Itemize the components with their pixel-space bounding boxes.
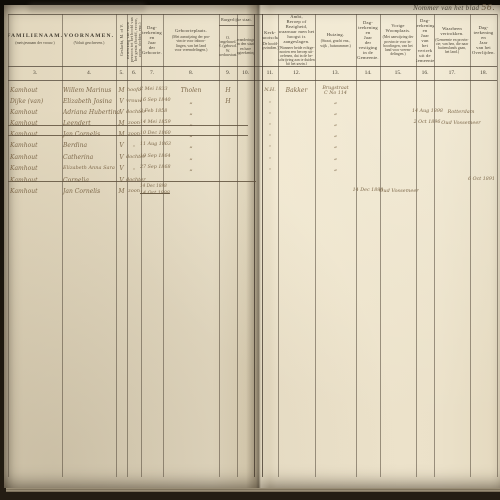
header-subtitle: (Met aanwijzing der provincie voor in- b… <box>383 35 414 56</box>
col-num: 7. <box>141 68 163 80</box>
header-geboortedatum: Dag- teekening en Jaar der Geboorte. <box>141 15 163 65</box>
header-title: Dag- teekening en Jaar der vestiging in … <box>357 20 379 60</box>
cell-kerkgenootschap: „ <box>261 131 279 137</box>
header-title: Vorige Woonplaats. <box>386 23 411 33</box>
header-geslacht: Geslacht, M. of V. <box>116 15 127 65</box>
cell-kerkgenootschap: „ <box>261 154 279 160</box>
header-title: Kerk- genootschap. <box>262 30 278 40</box>
cell-kerkgenootschap: „ <box>261 98 279 104</box>
header-waarheen: Waarheen vertrokken. (Gemeente en provin… <box>434 15 470 65</box>
cell-voornamen: Catherina <box>63 154 117 161</box>
cell-geboorteplaats: „ <box>163 154 219 161</box>
cell-kerkgenootschap: „ <box>261 120 279 126</box>
col-num: 5. <box>116 68 127 80</box>
header-subtitle: (meisjesnaam der vrouw.) <box>15 41 54 45</box>
header-voornamen: VOORNAMEN. (Voluit geschreven.) <box>62 15 116 65</box>
cell-burgerlijke-staat: H <box>219 87 237 94</box>
header-title: Dag- teekening en Jaar van het Overlijde… <box>472 25 495 55</box>
column-divider <box>163 14 164 477</box>
column-divider <box>141 14 142 477</box>
cell-waarheen: Rotterdam <box>438 109 484 115</box>
paper-smudge <box>28 3 146 12</box>
register-row: Kamhout Catherina V dochter 10 Sep 1864 … <box>0 153 500 164</box>
table-right-rule <box>497 14 498 477</box>
col-num: 12. <box>278 68 315 80</box>
header-huizing: Huizing. (Straat, gracht enz., wijk , hu… <box>315 15 356 65</box>
column-divider <box>62 14 63 477</box>
numbers-bottom-rule <box>8 80 497 81</box>
cell-voornamen: Elizabeth Josina <box>63 98 117 105</box>
header-title: VOORNAMEN. <box>64 34 114 39</box>
cell-familienaam: Kamhout <box>10 154 62 161</box>
header-betrekking: Betrekking van elken persoon tot het hoo… <box>127 15 141 65</box>
cell-burgerlijke-staat: H <box>219 98 237 105</box>
header-title: Burgerlijke staat. <box>221 17 252 22</box>
col-num: 13. <box>315 68 356 80</box>
cell-geboortedatum: 27 Sep 1868 <box>140 165 164 170</box>
col-num: 9. <box>219 68 237 80</box>
cell-huizing: Brugstraat C No 114 <box>315 87 356 97</box>
cell-kerkgenootschap: „ <box>261 109 279 115</box>
cell-geboorteplaats: „ <box>163 120 219 127</box>
col-num: 15. <box>380 68 416 80</box>
cell-voornamen: Jan Cornelis <box>63 188 117 195</box>
cell-huizing: „ <box>315 142 356 149</box>
header-title: Geboorteplaats. <box>175 28 207 33</box>
cell-voornamen: Cornelia <box>63 177 117 184</box>
column-divider <box>380 14 381 477</box>
col-num: 10. <box>237 68 254 80</box>
cell-waarheen: Oud Vossemeer <box>438 120 484 126</box>
cell-huizing: „ <box>315 109 356 116</box>
register-row: Kamhout Jan Cornelis M zoon 14 Dec 1898 … <box>0 187 500 200</box>
column-divider <box>434 14 435 477</box>
right-page-edge <box>262 14 263 477</box>
cell-overlijden: 6 Oct 1891 <box>466 177 497 182</box>
col-num: 14. <box>356 68 380 80</box>
header-subtitle: Veranderingen in den staat en hare dagte… <box>237 38 254 55</box>
register-row: Kamhout Berdina V „ 11 Aug 1863 „ „ „ <box>0 141 500 152</box>
column-divider <box>237 14 238 477</box>
header-title: FAMILIENAAM. <box>8 34 62 39</box>
cell-voornamen: Jan Cornelis <box>63 131 117 138</box>
register-row: Kamhout Elizabeth Anna Sara V „ 27 Sep 1… <box>0 164 500 175</box>
cell-geboortedatum: 2 Mei 1833 <box>140 87 164 92</box>
header-subtitle: (Gemeente en provin- cie; van hen, die n… <box>435 38 468 55</box>
cell-vorige-woonplaats: Oud Vossemeer <box>378 188 420 194</box>
header-kerkgenootschap: Kerk- genootschap. (De hoofd- gezindten.… <box>262 15 278 65</box>
cell-kerkgenootschap: N.H. <box>261 87 279 93</box>
cell-familienaam: Dijke (van) <box>10 98 62 105</box>
column-divider <box>278 14 279 477</box>
header-title: Dag- teekening en Jaar der Geboorte. <box>142 25 162 55</box>
cell-geboorteplaats: „ <box>163 142 219 149</box>
header-beroep: Ambt, Beroep of Bezigheid, waarnaar men … <box>278 15 315 65</box>
header-bottom-rule <box>8 66 497 67</box>
sheet-number: 56. <box>481 3 495 12</box>
cell-familienaam: Kamhout <box>10 165 62 172</box>
cell-huizing: „ <box>315 120 356 127</box>
cell-voornamen: Willem Marinus <box>63 87 117 94</box>
cell-familienaam: Kamhout <box>10 142 62 149</box>
cell-geboortedatum: 16 Sep 1840 <box>140 98 164 103</box>
register-row: Dijke (van) Elizabeth Josina V vrouw 16 … <box>0 97 500 108</box>
cell-voornamen: Adriana Hubertina <box>63 109 117 116</box>
cell-huizing: „ <box>315 98 356 105</box>
cell-geboorteplaats: „ <box>163 98 219 105</box>
cell-huizing: „ <box>315 154 356 161</box>
header-overlijden: Dag- teekening en Jaar van het Overlijde… <box>470 15 497 65</box>
header-burgstaat-opties: O. (ongehuwd.) H. (gehuwd.) W. (weduwsta… <box>219 26 237 65</box>
cell-geboortedatum: 11 Aug 1863 <box>140 142 164 147</box>
header-subtitle: (Voluit geschreven.) <box>74 41 105 45</box>
header-subtitle: (Met aanwijzing der pro- vincie voor inb… <box>172 35 210 52</box>
register-row: Kamhout Adriana Hubertina V dochter 2 Fe… <box>0 108 500 119</box>
cell-geboortedatum-doorgehaald: 14 Oct 1898 <box>140 191 164 196</box>
cell-huizing: „ <box>315 131 356 138</box>
cell-geboorteplaats: „ <box>163 165 219 172</box>
left-page-edge <box>254 14 255 477</box>
cell-familienaam: Kamhout <box>10 120 62 127</box>
register-page-photo: Nommer van het blad 56. FAMILIENAAM. (me… <box>0 0 500 500</box>
strike-line <box>8 181 256 182</box>
col-num: 4. <box>62 68 116 80</box>
cell-geboorteplaats: Tholen <box>163 87 219 94</box>
header-title: Ambt, Beroep of Bezigheid, waarnaar men … <box>278 15 315 44</box>
cell-kerkgenootschap: „ <box>261 142 279 148</box>
cell-voornamen: Berdina <box>63 142 117 149</box>
cell-geboorteplaats: „ <box>163 131 219 138</box>
column-divider <box>315 14 316 477</box>
col-num: 17. <box>434 68 470 80</box>
cell-voornamen: Elizabeth Anna Sara <box>63 165 117 171</box>
header-familienaam: FAMILIENAAM. (meisjesnaam der vrouw.) <box>8 15 62 65</box>
column-divider <box>116 14 117 477</box>
header-title: Huizing. <box>327 32 345 37</box>
column-divider <box>127 14 128 477</box>
col-num: 3. <box>8 68 62 80</box>
register-row: Kamhout Willem Marinus M hoofd 2 Mei 183… <box>0 86 500 97</box>
cell-geboortedatum-correctie: 14 Dec 1898 <box>140 183 164 188</box>
header-burgerlijke-staat: Burgerlijke staat. <box>219 15 254 24</box>
cell-familienaam: Kamhout <box>10 188 62 195</box>
cell-familienaam: Kamhout <box>10 177 62 184</box>
column-divider <box>470 14 471 477</box>
page-edge-stack <box>6 488 500 492</box>
cell-familienaam: Kamhout <box>10 109 62 116</box>
cell-familienaam: Kamhout <box>10 131 62 138</box>
col-num: 8. <box>163 68 219 80</box>
strike-line <box>8 135 248 136</box>
header-subtitle: (De hoofd- gezindten.) <box>262 42 278 50</box>
header-subtitle: (Straat, gracht enz., wijk , huisnummer.… <box>320 39 351 47</box>
cell-kerkgenootschap: „ <box>261 165 279 171</box>
header-subtitle: O. (ongehuwd.) H. (gehuwd.) W. (weduwsta… <box>219 36 237 57</box>
header-title: Waarheen vertrokken. <box>440 26 463 36</box>
column-divider <box>219 14 220 477</box>
cell-geboortedatum: 10 Sep 1864 <box>140 154 164 159</box>
strike-line <box>8 125 248 126</box>
header-vorige-woonplaats: Vorige Woonplaats. (Met aanwijzing der p… <box>380 15 416 65</box>
header-vestiging: Dag- teekening en Jaar der vestiging in … <box>356 15 380 65</box>
header-title: Geslacht, M. of V. <box>120 24 124 56</box>
header-title: Betrekking van elken persoon tot het hoo… <box>127 16 141 64</box>
col-num: 6. <box>127 68 141 80</box>
cell-beroep: Bakker <box>278 87 315 94</box>
sheet-label: Nommer van het blad <box>413 4 479 12</box>
header-geboorteplaats: Geboorteplaats. (Met aanwijzing der pro-… <box>163 15 219 65</box>
header-title: Dag- teekening en Jaar van het vertrek u… <box>416 18 434 63</box>
cell-huizing: „ <box>315 165 356 172</box>
cell-geboortedatum: 2 Feb 1858 <box>140 109 164 114</box>
col-num: 18. <box>470 68 497 80</box>
col-num: 16. <box>416 68 434 80</box>
cell-geboorteplaats: „ <box>163 109 219 116</box>
column-divider <box>416 14 417 477</box>
col-num: 11. <box>262 68 278 80</box>
header-subtitle: (Wanneer beide echtge- nooten een beroep… <box>278 46 314 66</box>
cell-familienaam: Kamhout <box>10 87 62 94</box>
header-burgstaat-veranderingen: Veranderingen in den staat en hare dagte… <box>237 26 254 65</box>
cell-voornamen: Leendert <box>63 120 117 127</box>
column-divider <box>8 14 9 477</box>
column-divider <box>356 14 357 477</box>
header-vertrek: Dag- teekening en Jaar van het vertrek u… <box>416 15 434 65</box>
